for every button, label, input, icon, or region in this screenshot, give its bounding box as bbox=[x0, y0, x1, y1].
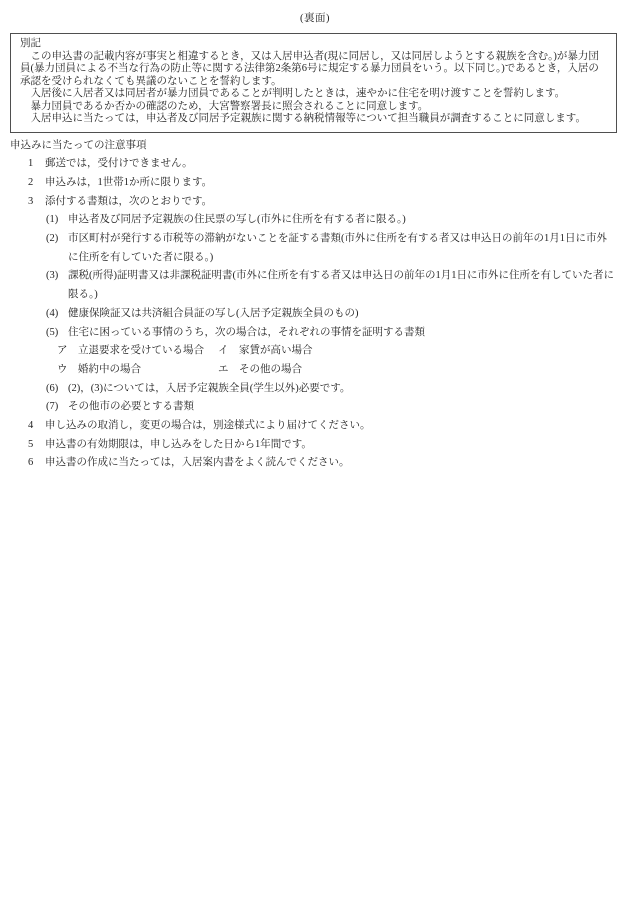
note-item-text: 申込書の有効期限は，申し込みをした日から1年間です。 bbox=[45, 436, 617, 455]
note-subitem-text: (2)，(3)については，入居予定親族全員(学生以外)必要です。 bbox=[68, 380, 617, 399]
backside-label: (裏面) bbox=[0, 0, 630, 25]
case-row-1: ア 立退要求を受けている場合 イ 家賃が高い場合 bbox=[10, 342, 617, 361]
note-subitem-number: (6) bbox=[46, 380, 68, 399]
note-item-number: 3 bbox=[28, 193, 45, 212]
note-subitem-text: 申込者及び同居予定親族の住民票の写し(市外に住所を有する者に限る。) bbox=[68, 211, 617, 230]
case-item-label: ア bbox=[57, 342, 78, 361]
note-subitem-5: (5) 住宅に困っている事情のうち，次の場合は，それぞれの事情を証明する書類 bbox=[10, 324, 617, 343]
note-subitem-number: (4) bbox=[46, 305, 68, 324]
case-item-text: 婚約中の場合 bbox=[78, 361, 141, 380]
note-subitem-number: (3) bbox=[46, 267, 68, 286]
note-subitem-7: (7) その他市の必要とする書類 bbox=[10, 398, 617, 417]
note-subitem-2: (2) 市区町村が発行する市税等の滞納がないことを証する書類(市外に住所を有する… bbox=[10, 230, 617, 267]
case-item-a: ア 立退要求を受けている場合 bbox=[57, 342, 218, 361]
notes-section: 申込みに当たっての注意事項 1 郵送では，受付けできません。 2 申込みは，1世… bbox=[10, 137, 617, 474]
pledge-heading: 別記 bbox=[20, 38, 608, 51]
note-item-number: 6 bbox=[28, 454, 45, 473]
note-subitem-number: (7) bbox=[46, 398, 68, 417]
pledge-box: 別記 この申込書の記載内容が事実と相違するとき，又は入居申込者(現に同居し，又は… bbox=[10, 33, 617, 133]
note-item-1: 1 郵送では，受付けできません。 bbox=[10, 155, 617, 174]
case-item-label: イ bbox=[218, 342, 239, 361]
note-item-text: 申込みは，1世帯1か所に限ります。 bbox=[45, 174, 617, 193]
case-row-2: ウ 婚約中の場合 エ その他の場合 bbox=[10, 361, 617, 380]
note-item-number: 2 bbox=[28, 174, 45, 193]
note-item-5: 5 申込書の有効期限は，申し込みをした日から1年間です。 bbox=[10, 436, 617, 455]
note-item-text: 申し込みの取消し，変更の場合は，別途様式により届けてください。 bbox=[45, 417, 617, 436]
case-item-text: 立退要求を受けている場合 bbox=[78, 342, 204, 361]
pledge-paragraph-4: 入居申込に当たっては，申込者及び同居予定親族に関する納税情報等について担当職員が… bbox=[20, 113, 608, 126]
pledge-paragraph-1: この申込書の記載内容が事実と相違するとき，又は入居申込者(現に同居し，又は同居し… bbox=[20, 51, 608, 89]
note-item-2: 2 申込みは，1世帯1か所に限ります。 bbox=[10, 174, 617, 193]
case-item-text: その他の場合 bbox=[239, 361, 302, 380]
document-page: (裏面) 別記 この申込書の記載内容が事実と相違するとき，又は入居申込者(現に同… bbox=[0, 0, 630, 903]
note-subitem-text: 市区町村が発行する市税等の滞納がないことを証する書類(市外に住所を有する者又は申… bbox=[68, 230, 617, 267]
note-item-number: 4 bbox=[28, 417, 45, 436]
note-item-text: 申込書の作成に当たっては，入居案内書をよく読んでください。 bbox=[45, 454, 617, 473]
case-item-u: ウ 婚約中の場合 bbox=[57, 361, 218, 380]
note-subitem-3: (3) 課税(所得)証明書又は非課税証明書(市外に住所を有する者又は申込日の前年… bbox=[10, 267, 617, 304]
case-item-label: エ bbox=[218, 361, 239, 380]
case-item-label: ウ bbox=[57, 361, 78, 380]
note-item-text: 郵送では，受付けできません。 bbox=[45, 155, 617, 174]
note-subitem-text: その他市の必要とする書類 bbox=[68, 398, 617, 417]
case-item-i: イ 家賃が高い場合 bbox=[218, 342, 617, 361]
note-subitem-text: 課税(所得)証明書又は非課税証明書(市外に住所を有する者又は申込日の前年の1月1… bbox=[68, 267, 617, 304]
note-subitem-text: 健康保険証又は共済組合員証の写し(入居予定親族全員のもの) bbox=[68, 305, 617, 324]
notes-title: 申込みに当たっての注意事項 bbox=[10, 137, 617, 156]
note-subitem-1: (1) 申込者及び同居予定親族の住民票の写し(市外に住所を有する者に限る。) bbox=[10, 211, 617, 230]
note-subitem-4: (4) 健康保険証又は共済組合員証の写し(入居予定親族全員のもの) bbox=[10, 305, 617, 324]
case-item-e: エ その他の場合 bbox=[218, 361, 617, 380]
note-item-text: 添付する書類は，次のとおりです。 bbox=[45, 193, 617, 212]
note-subitem-number: (2) bbox=[46, 230, 68, 249]
case-item-text: 家賃が高い場合 bbox=[239, 342, 313, 361]
note-item-number: 5 bbox=[28, 436, 45, 455]
note-subitem-6: (6) (2)，(3)については，入居予定親族全員(学生以外)必要です。 bbox=[10, 380, 617, 399]
note-subitem-number: (1) bbox=[46, 211, 68, 230]
note-item-number: 1 bbox=[28, 155, 45, 174]
note-item-4: 4 申し込みの取消し，変更の場合は，別途様式により届けてください。 bbox=[10, 417, 617, 436]
note-subitem-text: 住宅に困っている事情のうち，次の場合は，それぞれの事情を証明する書類 bbox=[68, 324, 617, 343]
note-item-6: 6 申込書の作成に当たっては，入居案内書をよく読んでください。 bbox=[10, 454, 617, 473]
pledge-paragraph-2: 入居後に入居者又は同居者が暴力団員であることが判明したときは，速やかに住宅を明け… bbox=[20, 88, 608, 101]
pledge-paragraph-3: 暴力団員であるか否かの確認のため，大宮警察署長に照会されることに同意します。 bbox=[20, 101, 608, 114]
note-item-3: 3 添付する書類は，次のとおりです。 bbox=[10, 193, 617, 212]
note-subitem-number: (5) bbox=[46, 324, 68, 343]
